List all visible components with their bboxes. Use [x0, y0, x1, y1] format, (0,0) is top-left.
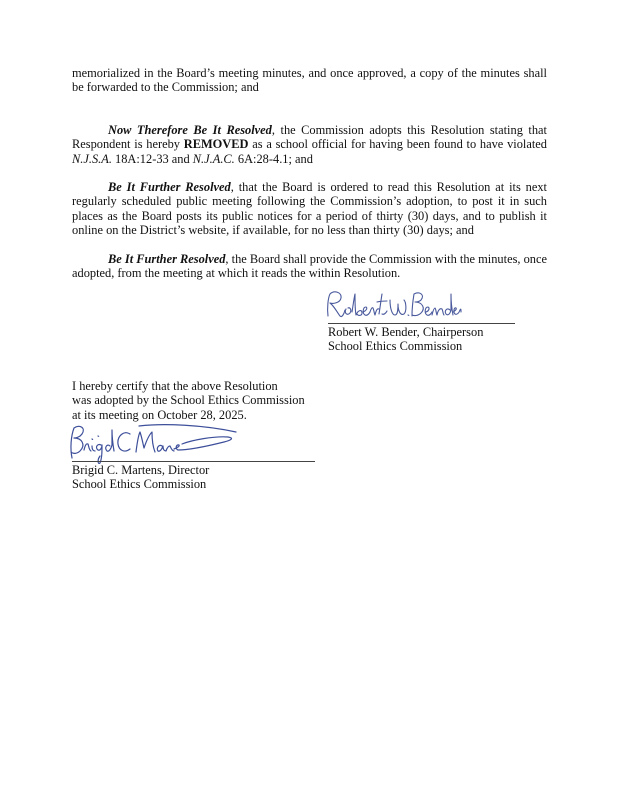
- director-signature-line: [72, 461, 315, 462]
- paragraph-minutes-continuation: memorialized in the Board’s meeting minu…: [72, 66, 547, 95]
- paragraph-further-resolved-read: Be It Further Resolved, that the Board i…: [72, 180, 547, 237]
- resolution-clause-heading: Be It Further Resolved: [108, 252, 225, 266]
- chairperson-signature-line: [328, 323, 515, 324]
- certification-line: was adopted by the School Ethics Commiss…: [72, 393, 305, 407]
- director-name-title: Brigid C. Martens, Director: [72, 463, 209, 477]
- paragraph-now-therefore-resolved: Now Therefore Be It Resolved, the Commis…: [72, 123, 547, 166]
- director-organization: School Ethics Commission: [72, 477, 209, 491]
- chairperson-signature: [322, 288, 462, 322]
- statute-citation: N.J.S.A.: [72, 152, 112, 166]
- chairperson-organization: School Ethics Commission: [328, 339, 483, 353]
- resolution-clause-heading: Now Therefore Be It Resolved: [108, 123, 272, 137]
- chairperson-name-title: Robert W. Bender, Chairperson: [328, 325, 483, 339]
- resolution-clause-heading: Be It Further Resolved: [108, 180, 231, 194]
- paragraph-text: 6A:28-4.1; and: [235, 152, 313, 166]
- certification-statement: I hereby certify that the above Resoluti…: [72, 379, 305, 422]
- paragraph-further-resolved-minutes: Be It Further Resolved, the Board shall …: [72, 252, 547, 281]
- chairperson-signature-block: Robert W. Bender, Chairperson School Eth…: [328, 325, 483, 354]
- paragraph-text: memorialized in the Board’s meeting minu…: [72, 66, 547, 94]
- director-signature: [64, 420, 240, 464]
- code-citation: N.J.A.C.: [193, 152, 235, 166]
- paragraph-text: 18A:12-33 and: [112, 152, 193, 166]
- certification-line: I hereby certify that the above Resoluti…: [72, 379, 305, 393]
- director-signature-block: Brigid C. Martens, Director School Ethic…: [72, 463, 209, 492]
- document-page: memorialized in the Board’s meeting minu…: [0, 0, 618, 800]
- paragraph-text: as a school official for having been fou…: [248, 137, 547, 151]
- removed-emphasis: REMOVED: [184, 137, 249, 151]
